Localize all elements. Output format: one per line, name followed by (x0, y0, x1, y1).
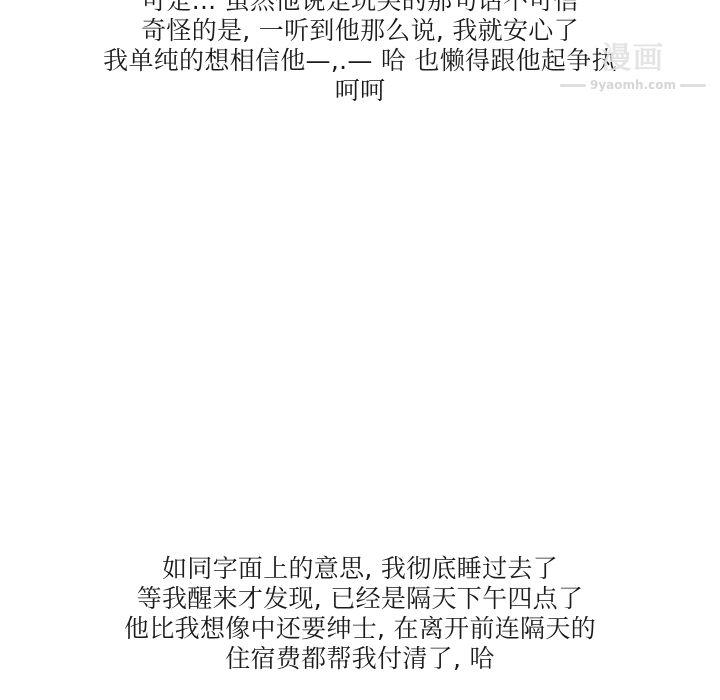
caption-line: 可是... 虽然他说是玩笑的那句话不可信 (0, 0, 720, 16)
caption-line: 等我醒来才发现, 已经是隔天下午四点了 (0, 584, 720, 614)
caption-block-bottom: 如同字面上的意思, 我彻底睡过去了 等我醒来才发现, 已经是隔天下午四点了 他比… (0, 554, 720, 674)
caption-block-top: 可是... 虽然他说是玩笑的那句话不可信 奇怪的是, 一听到他那么说, 我就安心… (0, 0, 720, 106)
caption-line: 我单纯的想相信他—,.— 哈 也懒得跟他起争执 (0, 46, 720, 76)
caption-line: 奇怪的是, 一听到他那么说, 我就安心了 (0, 16, 720, 46)
caption-line: 呵呵 (0, 76, 720, 106)
caption-line: 如同字面上的意思, 我彻底睡过去了 (0, 554, 720, 584)
caption-line: 他比我想像中还要绅士, 在离开前连隔天的 (0, 614, 720, 644)
caption-line: 住宿费都帮我付清了, 哈 (0, 644, 720, 674)
